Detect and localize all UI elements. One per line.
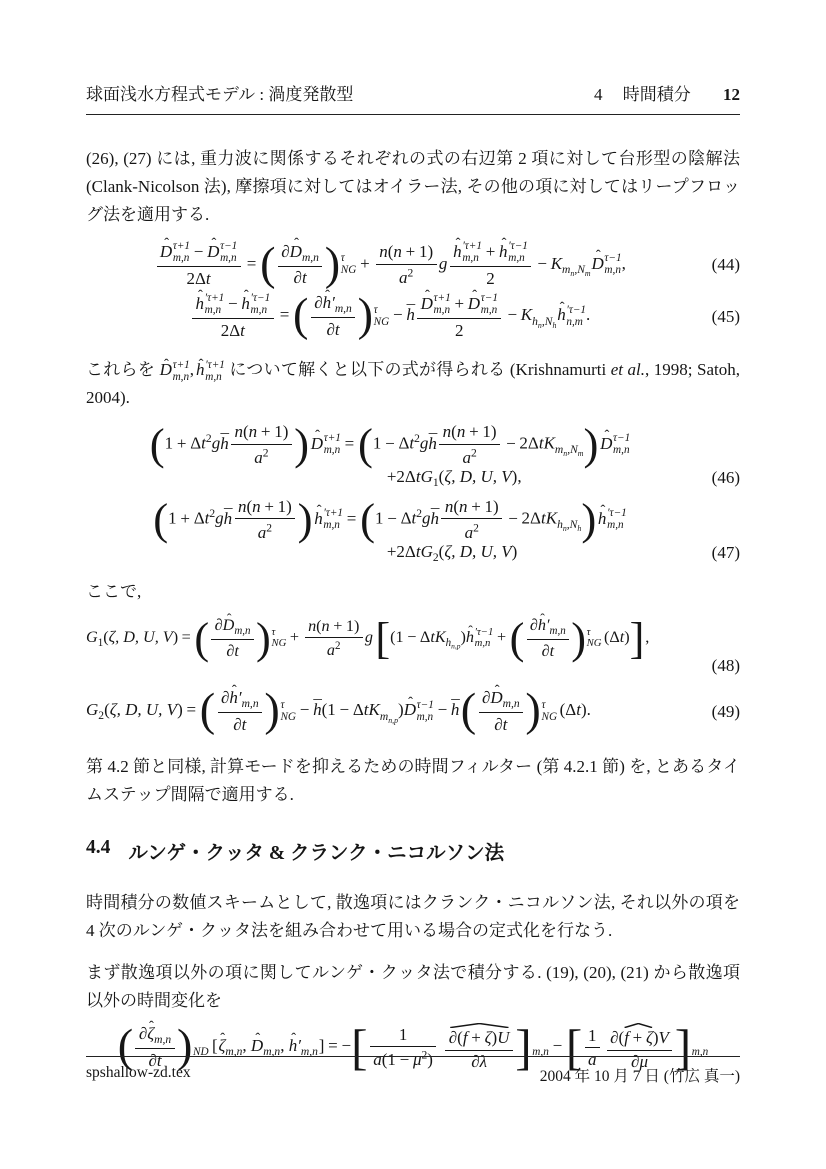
equation-47-line2: +2ΔtG2(ζ, D, U, V) (47) <box>86 542 740 564</box>
paragraph-rungekutta: まず散逸項以外の項に関してルンゲ・クッタ法で積分する. (19), (20), … <box>86 959 740 1015</box>
equation-45-number: (45) <box>694 307 740 327</box>
footer-date-author: 2004 年 10 月 7 日 (竹広 真一) <box>540 1064 740 1086</box>
page-footer: spshallow-zd.tex 2004 年 10 月 7 日 (竹広 真一) <box>86 1056 740 1086</box>
page-header: 球面浅水方程式モデル : 渦度発散型 4 時間積分 12 <box>86 0 740 115</box>
paragraph-intro: (26), (27) には, 重力波に関係するそれぞれの式の右辺第 2 項に対し… <box>86 145 740 229</box>
equation-49-number: (49) <box>694 702 740 722</box>
header-section-number: 4 <box>594 85 603 104</box>
equation-46-number: (46) <box>694 468 740 488</box>
header-section-name: 時間積分 <box>623 85 691 104</box>
equation-45-body: ˆh′τ+1m,n−ˆh′τ−1m,n2Δt=(∂ˆh′m,n∂t)τNG−¯h… <box>86 293 694 341</box>
running-section: 4 時間積分 12 <box>594 80 740 105</box>
equation-44-body: ˆDτ+1m,n−ˆDτ−1m,n2Δt=(∂ˆDm,n∂t)τNG+n(n+1… <box>86 241 694 289</box>
footer-filename: spshallow-zd.tex <box>86 1064 191 1086</box>
equation-48-body: G1(ζ, D, U, V)=(∂ˆDm,n∂t)τNG+n(n+1)a2g[(… <box>86 616 740 660</box>
page-body: (26), (27) には, 重力波に関係するそれぞれの式の右辺第 2 項に対し… <box>86 145 740 1072</box>
equation-46-body: (1+Δt2g¯hn(n+1)a2)ˆDτ+1m,n=(1−Δt2g¯hn(n+… <box>86 422 694 467</box>
equation-46-line2: +2ΔtG1(ζ, D, U, V), (46) <box>86 467 740 489</box>
equation-48: G1(ζ, D, U, V)=(∂ˆDm,n∂t)τNG+n(n+1)a2g[(… <box>86 616 740 660</box>
equation-44-number: (44) <box>694 255 740 275</box>
equation-47-continuation: +2ΔtG2(ζ, D, U, V) <box>86 542 694 564</box>
equation-47-number: (47) <box>694 543 740 563</box>
page-number: 12 <box>723 85 740 104</box>
section-44-number: 4.4 <box>86 837 110 865</box>
equation-47-body: (1+Δt2g¯hn(n+1)a2)ˆh′τ+1m,n=(1−Δt2g¯hn(n… <box>86 497 694 542</box>
equation-47-line1: (1+Δt2g¯hn(n+1)a2)ˆh′τ+1m,n=(1−Δt2g¯hn(n… <box>86 497 740 542</box>
equation-48-number: (48) <box>694 656 740 676</box>
equation-44: ˆDτ+1m,n−ˆDτ−1m,n2Δt=(∂ˆDm,n∂t)τNG+n(n+1… <box>86 241 740 289</box>
section-heading-44: 4.4 ルンゲ・クッタ & クランク・ニコルソン法 <box>86 837 740 865</box>
section-44-title: ルンゲ・クッタ & クランク・ニコルソン法 <box>128 837 504 865</box>
equation-46-line1: (1+Δt2g¯hn(n+1)a2)ˆDτ+1m,n=(1−Δt2g¯hn(n+… <box>86 422 740 467</box>
equation-46-continuation: +2ΔtG1(ζ, D, U, V), <box>86 467 694 489</box>
equation-49-body: G2(ζ, D, U, V)=(∂ˆh′m,n∂t)τNG−¯h(1−ΔtKmn… <box>86 688 694 734</box>
paragraph-filter: 第 4.2 節と同様, 計算モードを抑えるための時間フィルター (第 4.2.1… <box>86 753 740 809</box>
running-title: 球面浅水方程式モデル : 渦度発散型 <box>86 80 353 105</box>
paragraph-scheme: 時間積分の数値スキームとして, 散逸項にはクランク・ニコルソン法, それ以外の項… <box>86 889 740 945</box>
equation-45: ˆh′τ+1m,n−ˆh′τ−1m,n2Δt=(∂ˆh′m,n∂t)τNG−¯h… <box>86 293 740 341</box>
paragraph-kokode: ここで, <box>86 578 740 606</box>
equation-49: G2(ζ, D, U, V)=(∂ˆh′m,n∂t)τNG−¯h(1−ΔtKmn… <box>86 688 740 734</box>
document-page: 球面浅水方程式モデル : 渦度発散型 4 時間積分 12 (26), (27) … <box>0 0 826 1169</box>
paragraph-solve: これらを ˆDτ+1m,n,ˆh′τ+1m,n について解くと以下の式が得られる… <box>86 356 740 412</box>
